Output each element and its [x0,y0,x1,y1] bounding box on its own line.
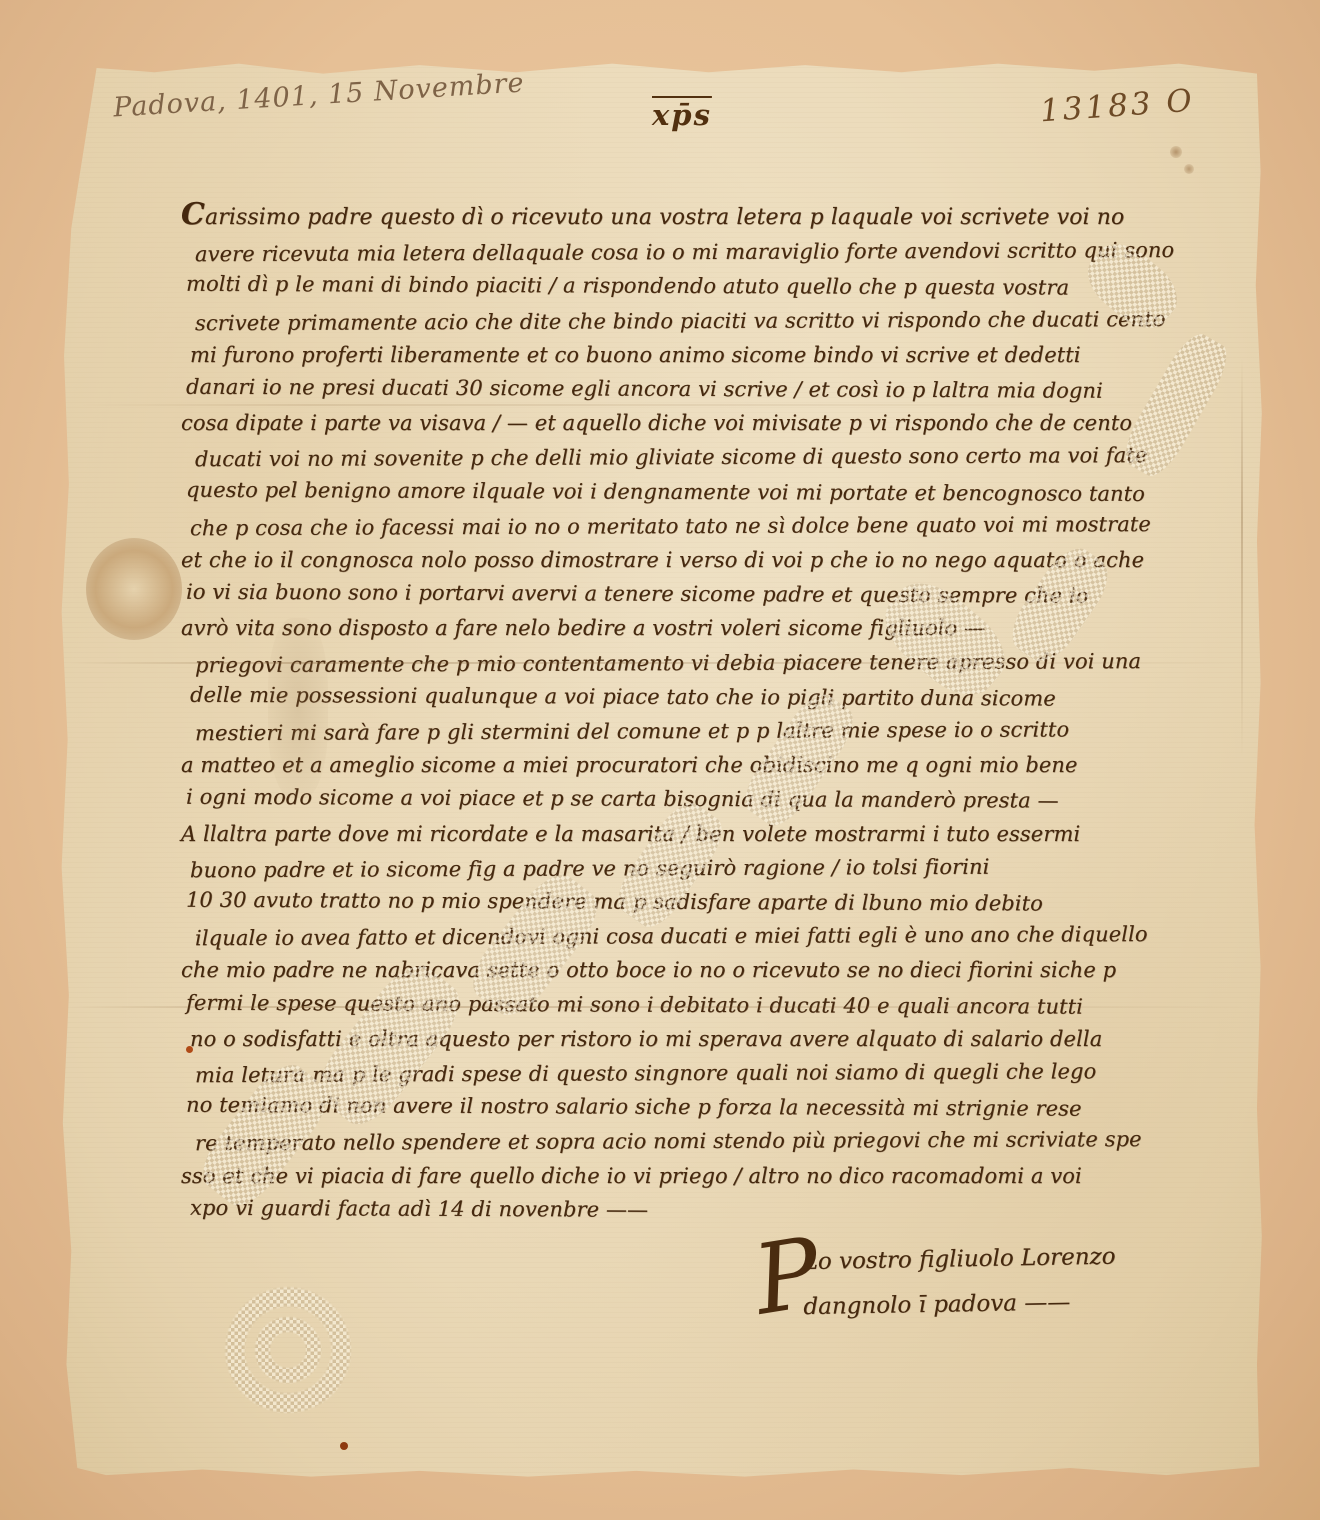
letter-line: cosa dipate i parte va visava / — et aqu… [181,406,1236,440]
letter-line: avere ricevuta mia letera dellaquale cos… [181,233,1236,272]
christogram: xp̄s [652,98,712,132]
letter-line: a matteo et a ameglio sicome a miei proc… [181,748,1236,782]
smudge-stain [268,618,328,798]
edge-crease [1241,358,1243,758]
small-stain [1184,164,1194,174]
letter-line: questo pel benigno amore ilquale voi i d… [181,472,1236,511]
fold-crease [68,662,1248,664]
ink-blot-stain [86,538,182,640]
letter-line: scrivete primamente acio che dite che bi… [181,301,1236,340]
date-annotation: Padova, 1401, 15 Novembre [112,67,525,123]
letter-line: danari io ne presi ducati 30 sicome egli… [181,370,1236,409]
signature-block: P Lo vostro figliuolo Lorenzo dangnolo ī… [802,1232,1273,1330]
scan-canvas: { "page": { "archivist_date_annotation":… [0,0,1320,1520]
signature-line-2: dangnolo ī padova —— [803,1277,1274,1330]
letter-line: fermi le spese questo ano passato mi son… [181,985,1236,1024]
rust-speck [340,1442,348,1450]
letter-line: ilquale io avea fatto et dicendovi ogni … [181,917,1236,956]
christogram-text: xp̄s [652,98,712,132]
watermark-copyright-c-icon [251,1313,325,1387]
letter-line: che mio padre ne nabricava sette o otto … [181,953,1236,987]
letter-line: mi furono proferti liberamente et co buo… [181,338,1236,372]
letter-line: xpo vi guardi facta adì 14 di novenbre —… [181,1191,1236,1230]
letter-line: Carissimo padre questo dì o ricevuto una… [181,198,1236,235]
rust-speck [186,1046,193,1053]
letter-line: re temperato nello spendere et sopra aci… [181,1122,1236,1161]
small-stain [1170,146,1182,158]
letter-line: sso et che vi piacia di fare quello dich… [181,1159,1236,1193]
manuscript-paper: Padova, 1401, 15 Novembre xp̄s 13183 O C… [58,58,1263,1478]
letter-line: 10 30 avuto tratto no p mio spendere ma … [181,883,1236,922]
letter-line: delle mie possessioni qualunque a voi pi… [181,678,1236,717]
letter-line: ducati voi no mi sovenite p che delli mi… [181,438,1236,477]
letter-line: che p cosa che io facessi mai io no o me… [181,507,1236,546]
fold-crease [68,1006,1248,1008]
fold-crease [78,404,1238,406]
signature-line-1: Lo vostro figliuolo Lorenzo [802,1232,1273,1285]
letter-line: mestieri mi sarà fare p gli stermini del… [181,712,1236,751]
letter-line: molti dì p le mani di bindo piaciti / a … [181,267,1236,306]
archive-number: 13183 O [1039,83,1196,130]
